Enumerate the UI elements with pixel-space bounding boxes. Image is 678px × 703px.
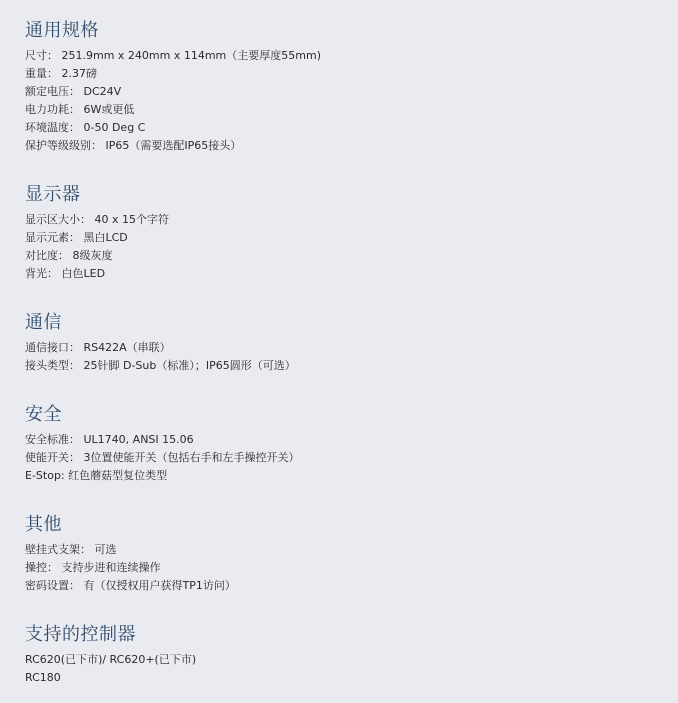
spec-item-power: 电力功耗： 6W或更低	[25, 101, 321, 119]
spec-item-contrast: 对比度： 8级灰度	[25, 247, 169, 265]
spec-item-estop: E-Stop: 红色蘑菇型复位类型	[25, 467, 300, 485]
section-title: 其他	[25, 513, 236, 537]
spec-item-temperature: 环境温度： 0-50 Deg C	[25, 119, 321, 137]
spec-list: 通信接口： RS422A（串联） 接头类型： 25针脚 D-Sub（标准）；IP…	[25, 339, 296, 375]
spec-list: RC620(已下市)/ RC620+(已下市) RC180	[25, 651, 196, 687]
spec-list: 显示区大小： 40 x 15个字符 显示元素： 黑白LCD 对比度： 8级灰度 …	[25, 211, 169, 283]
section-safety: 安全 安全标准： UL1740, ANSI 15.06 使能开关： 3位置使能开…	[25, 403, 300, 485]
controller-item: RC620(已下市)/ RC620+(已下市)	[25, 651, 196, 669]
section-title: 通信	[25, 311, 296, 335]
spec-item-protection: 保护等级级别： IP65（需要选配IP65接头）	[25, 137, 321, 155]
spec-item-safety-standard: 安全标准： UL1740, ANSI 15.06	[25, 431, 300, 449]
spec-item-password: 密码设置： 有（仅授权用户获得TP1访问）	[25, 577, 236, 595]
spec-list: 尺寸： 251.9mm x 240mm x 114mm（主要厚度55mm) 重量…	[25, 47, 321, 155]
spec-item-operation: 操控： 支持步进和连续操作	[25, 559, 236, 577]
spec-item-wall-mount: 壁挂式支架： 可选	[25, 541, 236, 559]
section-title: 显示器	[25, 183, 169, 207]
section-other: 其他 壁挂式支架： 可选 操控： 支持步进和连续操作 密码设置： 有（仅授权用户…	[25, 513, 236, 595]
section-supported-controllers: 支持的控制器 RC620(已下市)/ RC620+(已下市) RC180	[25, 623, 196, 687]
spec-item-display-element: 显示元素： 黑白LCD	[25, 229, 169, 247]
section-display: 显示器 显示区大小： 40 x 15个字符 显示元素： 黑白LCD 对比度： 8…	[25, 183, 169, 283]
spec-list: 安全标准： UL1740, ANSI 15.06 使能开关： 3位置使能开关（包…	[25, 431, 300, 485]
spec-item-voltage: 额定电压： DC24V	[25, 83, 321, 101]
controller-item: RC180	[25, 669, 196, 687]
spec-item-interface: 通信接口： RS422A（串联）	[25, 339, 296, 357]
section-title: 通用规格	[25, 19, 321, 43]
section-title: 支持的控制器	[25, 623, 196, 647]
spec-item-display-size: 显示区大小： 40 x 15个字符	[25, 211, 169, 229]
spec-item-weight: 重量： 2.37磅	[25, 65, 321, 83]
section-general-specs: 通用规格 尺寸： 251.9mm x 240mm x 114mm（主要厚度55m…	[25, 19, 321, 155]
section-title: 安全	[25, 403, 300, 427]
spec-item-dimensions: 尺寸： 251.9mm x 240mm x 114mm（主要厚度55mm)	[25, 47, 321, 65]
section-communication: 通信 通信接口： RS422A（串联） 接头类型： 25针脚 D-Sub（标准）…	[25, 311, 296, 375]
spec-item-connector: 接头类型： 25针脚 D-Sub（标准）；IP65圆形（可选）	[25, 357, 296, 375]
spec-item-enable-switch: 使能开关： 3位置使能开关（包括右手和左手操控开关）	[25, 449, 300, 467]
spec-item-backlight: 背光： 白色LED	[25, 265, 169, 283]
spec-list: 壁挂式支架： 可选 操控： 支持步进和连续操作 密码设置： 有（仅授权用户获得T…	[25, 541, 236, 595]
